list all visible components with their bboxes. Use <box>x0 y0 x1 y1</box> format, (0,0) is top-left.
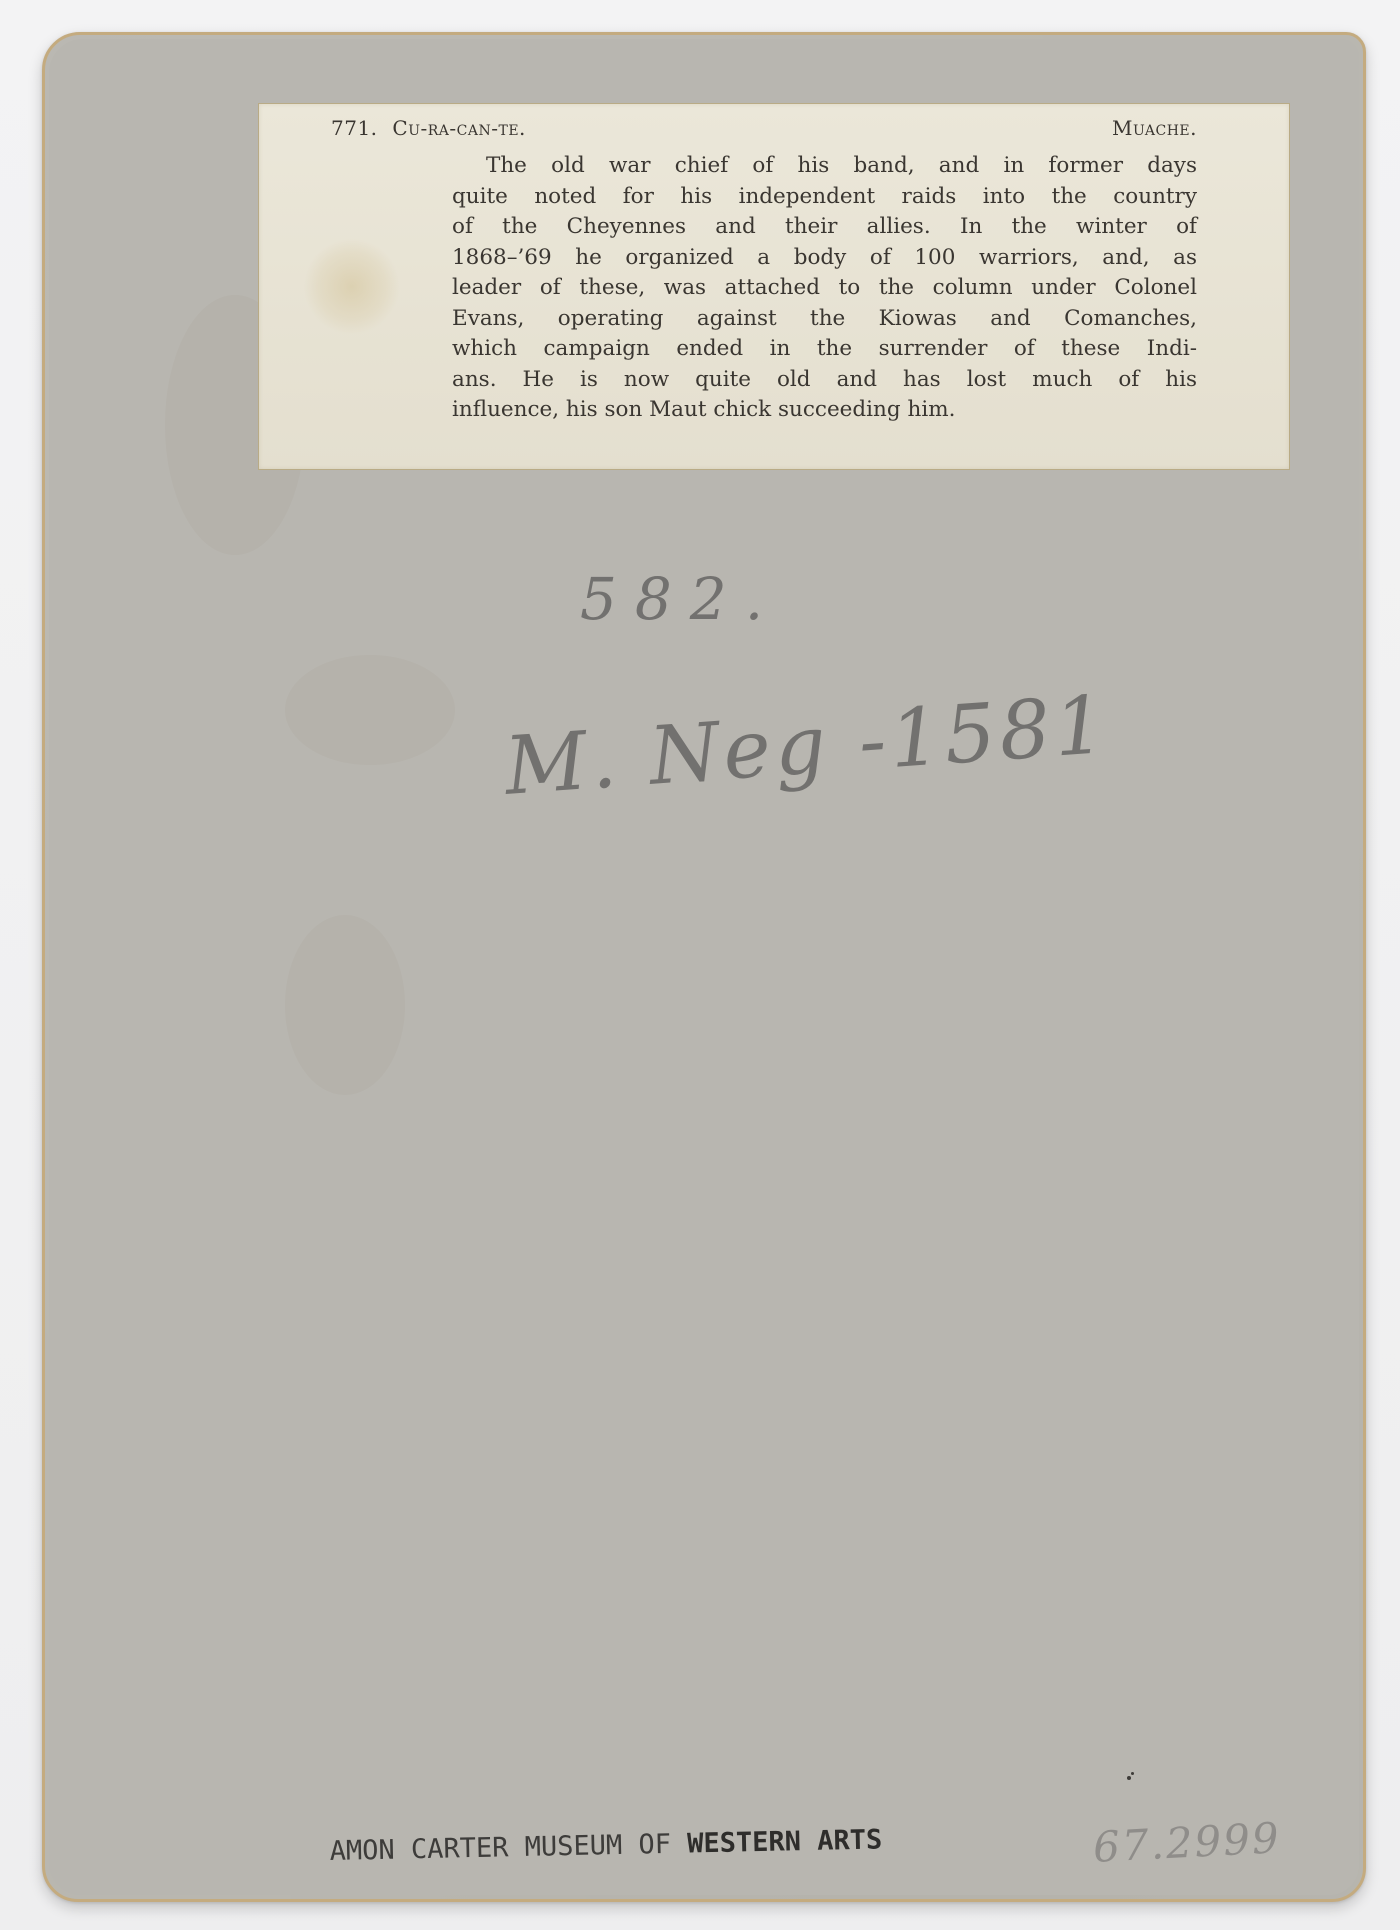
document-viewer: 771. Cu-ra-can-te. Muache. The old war c… <box>0 0 1400 1930</box>
printed-caption-label: 771. Cu-ra-can-te. Muache. The old war c… <box>258 103 1290 470</box>
caption-line: Evans, operating against the Kiowas and … <box>452 304 1197 335</box>
caption-line: 1868–’69 he organized a body of 100 warr… <box>452 243 1197 274</box>
stamp-text-bold: WESTERN ARTS <box>687 1824 883 1859</box>
caption-title: 771. Cu-ra-can-te. <box>331 116 526 140</box>
caption-number: 771. <box>331 116 378 140</box>
caption-line: influence, his son Maut chick succeeding… <box>452 395 1197 426</box>
ink-speck <box>1127 1776 1131 1780</box>
handwritten-accession-number: 67.2999 <box>1092 1813 1282 1872</box>
caption-line: The old war chief of his band, and in fo… <box>452 151 1197 182</box>
caption-line: leader of these, was attached to the col… <box>452 273 1197 304</box>
caption-line: ans. He is now quite old and has lost mu… <box>452 365 1197 396</box>
caption-subject-name: Cu-ra-can-te. <box>392 116 526 140</box>
ink-speck <box>1131 1772 1134 1775</box>
caption-line: which campaign ended in the surrender of… <box>452 334 1197 365</box>
caption-heading: 771. Cu-ra-can-te. Muache. <box>331 116 1197 140</box>
caption-body: The old war chief of his band, and in fo… <box>452 151 1197 426</box>
caption-line: of the Cheyennes and their allies. In th… <box>452 212 1197 243</box>
caption-tribe: Muache. <box>1112 116 1197 140</box>
handwritten-catalog-number: 582. <box>580 565 781 633</box>
caption-line: quite noted for his independent raids in… <box>452 182 1197 213</box>
